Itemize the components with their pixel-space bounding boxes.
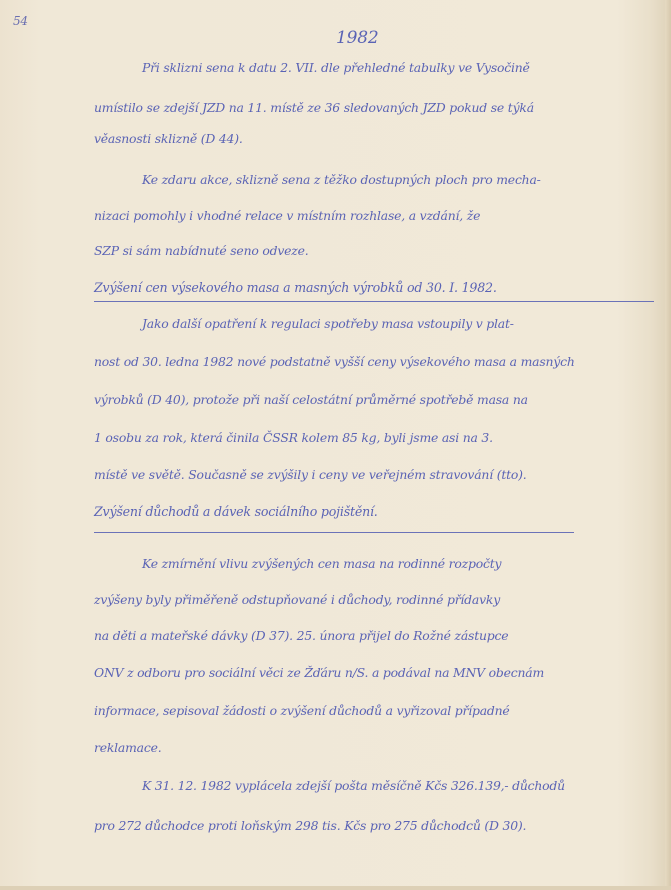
text-line: nost od 30. ledna 1982 nové podstatně vy… bbox=[94, 354, 575, 369]
text-line: věasnosti sklizně (D 44). bbox=[94, 131, 243, 146]
heading-underline bbox=[94, 301, 654, 302]
text-line: ONV z odboru pro sociální věci ze Žďáru … bbox=[94, 665, 544, 680]
text-line: zvýšeny byly přiměřeně odstupňované i dů… bbox=[94, 592, 500, 607]
text-line: výrobků (D 40), protože při naší celostá… bbox=[94, 392, 528, 407]
page-number: 54 bbox=[13, 14, 28, 28]
year-heading: 1982 bbox=[336, 28, 378, 48]
page-edge-bottom bbox=[0, 886, 671, 890]
text-line: K 31. 12. 1982 vyplácela zdejší pošta mě… bbox=[142, 778, 565, 793]
text-line: 1 osobu za rok, která činila ČSSR kolem … bbox=[94, 430, 493, 445]
chronicle-page: 54 1982 Při sklizni sena k datu 2. VII. … bbox=[0, 0, 671, 890]
text-line: místě ve světě. Současně se zvýšily i ce… bbox=[94, 467, 527, 482]
text-line: SZP si sám nabídnuté seno odveze. bbox=[94, 243, 308, 258]
section-heading-meat: Zvýšení cen výsekového masa a masných vý… bbox=[94, 280, 497, 295]
text-line: Jako další opatření k regulaci spotřeby … bbox=[142, 316, 514, 331]
text-line: informace, sepisoval žádosti o zvýšení d… bbox=[94, 703, 510, 718]
text-line: Ke zmírnění vlivu zvýšených cen masa na … bbox=[142, 556, 501, 571]
text-line: na děti a mateřské dávky (D 37). 25. úno… bbox=[94, 628, 508, 643]
text-line: nizaci pomohly i vhodné relace v místním… bbox=[94, 208, 480, 223]
page-edge bbox=[665, 0, 671, 890]
text-line: pro 272 důchodce proti loňským 298 tis. … bbox=[94, 818, 526, 833]
text-line: umístilo se zdejší JZD na 11. místě ze 3… bbox=[94, 100, 534, 115]
section-heading-pensions: Zvýšení důchodů a dávek sociálního pojiš… bbox=[94, 504, 378, 519]
text-line: Při sklizni sena k datu 2. VII. dle přeh… bbox=[142, 60, 530, 75]
text-line: reklamace. bbox=[94, 740, 161, 755]
heading-underline bbox=[94, 532, 574, 533]
text-line: Ke zdaru akce, sklizně sena z těžko dost… bbox=[142, 172, 541, 187]
